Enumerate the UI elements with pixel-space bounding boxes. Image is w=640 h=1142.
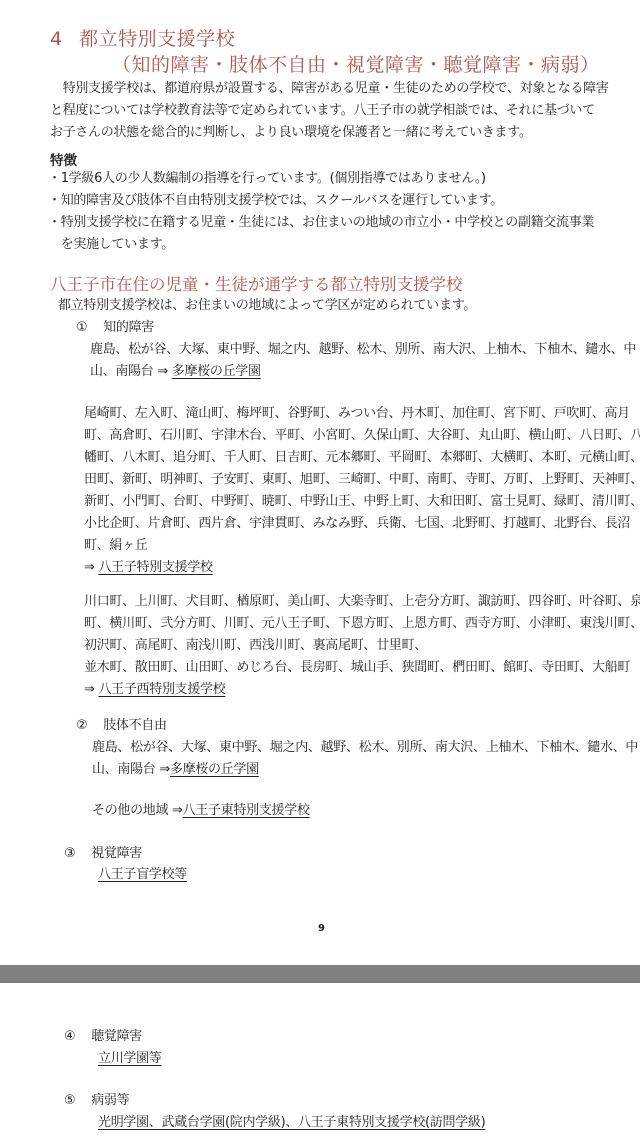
- page-separator: [0, 965, 640, 983]
- area-line: 尾崎町、左入町、滝山町、梅坪町、谷野町、みつい台、丹木町、加住町、宮下町、戸吹町…: [84, 403, 640, 425]
- category-marker: ①: [76, 320, 87, 335]
- schools-lead: 都立特別支援学校は、お住まいの地域によって学区が定められています。: [58, 295, 476, 317]
- category-label: 知的障害: [103, 320, 154, 335]
- physical-other: その他の地域 ⇒八王子東特別支援学校: [92, 800, 310, 822]
- area-line: 町、高倉町、石川町、宇津木台、平町、小宮町、久保山町、大谷町、丸山町、横山町、八…: [84, 425, 640, 447]
- category-intellectual: ① 知的障害: [76, 317, 154, 339]
- area-line: 川口町、上川町、犬目町、楢原町、美山町、大楽寺町、上壱分方町、諏訪町、四谷町、叶…: [84, 591, 640, 613]
- area-line: 並木町、散田町、山田町、めじろ台、長房町、城山手、狭間町、椚田町、館町、寺田町、…: [84, 657, 640, 679]
- area-line: 鹿島、松が谷、大塚、東中野、堀之内、越野、松木、別所、南大沢、上柚木、下柚木、鑓…: [90, 339, 636, 361]
- page-number: 9: [318, 923, 325, 934]
- category-marker: ③: [64, 846, 75, 861]
- category-label: 視覚障害: [91, 846, 142, 861]
- section-title: 都立特別支援学校: [79, 28, 235, 50]
- school-link-hachioji[interactable]: 八王子特別支援学校: [98, 560, 212, 575]
- intro-line: 特別支援学校は、都道府県が設置する、障害がある児童・生徒のための学校で、対象とな…: [50, 78, 609, 100]
- area-line: 幡町、八木町、追分町、千人町、日吉町、元本郷町、平岡町、本郷町、大横町、本町、元…: [84, 447, 640, 469]
- intro-line: お子さんの状態を総合的に判断し、より良い環境を保護者と一緒に考えていきます。: [50, 122, 609, 144]
- intellectual-group-1: 鹿島、松が谷、大塚、東中野、堀之内、越野、松木、別所、南大沢、上柚木、下柚木、鑓…: [90, 339, 636, 383]
- area-line: 新町、小門町、台町、中野町、暁町、中野山王、中野上町、大和田町、富士見町、緑町、…: [84, 491, 640, 513]
- school-link-hachioji-blind[interactable]: 八王子盲学校等: [98, 867, 187, 882]
- category-label: 聴覚障害: [91, 1029, 142, 1044]
- area-line: 山、南陽台 ⇒: [92, 762, 170, 777]
- school-link-hachioji-nishi[interactable]: 八王子西特別支援学校: [98, 682, 225, 697]
- intro-line: と程度については学校教育法等で定められています。八王子市の就学相談では、それに基…: [50, 100, 609, 122]
- category-marker: ④: [64, 1029, 75, 1044]
- physical-areas: 鹿島、松が谷、大塚、東中野、堀之内、越野、松木、別所、南大沢、上柚木、下柚木、鑓…: [92, 737, 638, 781]
- area-line: 町、絹ヶ丘: [84, 535, 640, 557]
- category-sickness: ⑤ 病弱等: [64, 1090, 129, 1112]
- area-line: 初沢町、高尾町、南浅川町、西浅川町、裏高尾町、廿里町、: [84, 635, 640, 657]
- other-area-label: その他の地域 ⇒: [92, 803, 183, 818]
- area-line: 鹿島、松が谷、大塚、東中野、堀之内、越野、松木、別所、南大沢、上柚木、下柚木、鑓…: [92, 737, 638, 759]
- intellectual-group-2: 尾崎町、左入町、滝山町、梅坪町、谷野町、みつい台、丹木町、加住町、宮下町、戸吹町…: [84, 403, 640, 579]
- section-number: 4: [50, 28, 63, 50]
- area-line: 山、南陽台 ⇒: [90, 364, 172, 379]
- category-label: 病弱等: [91, 1093, 129, 1108]
- area-line: 町、横川町、弐分方町、川町、元八王子町、下恩方町、上恩方町、西寺方町、小津町、東…: [84, 613, 640, 635]
- area-line: 小比企町、片倉町、西片倉、宇津貫町、みなみ野、兵衛、七国、北野町、打越町、北野台…: [84, 513, 640, 535]
- school-link-komei-musashidai[interactable]: 光明学園、武蔵台学園(院内学級)、八王子東特別支援学校(訪問学級): [98, 1115, 485, 1130]
- section-subtitle: （知的障害・肢体不自由・視覚障害・聴覚障害・病弱）: [112, 50, 600, 77]
- category-marker: ②: [76, 718, 87, 733]
- school-link-tachikawa[interactable]: 立川学園等: [98, 1051, 162, 1066]
- schools-heading: 八王子市在住の児童・生徒が通学する都立特別支援学校: [50, 271, 463, 295]
- category-visual: ③ 視覚障害: [64, 843, 142, 865]
- feature-item: ・特別支援学校に在籍する児童・生徒には、お住まいの地域の市立小・中学校との副籍交…: [48, 212, 594, 234]
- category-hearing: ④ 聴覚障害: [64, 1026, 142, 1048]
- feature-item: ・1学級6人の少人数編制の指導を行っています。(個別指導ではありません。): [48, 168, 594, 190]
- arrow-icon: ⇒: [84, 682, 98, 697]
- section-heading: 4 都立特別支援学校: [50, 24, 235, 51]
- feature-item: を実施しています。: [48, 234, 594, 256]
- hearing-school: 立川学園等: [98, 1048, 162, 1070]
- sickness-schools: 光明学園、武蔵台学園(院内学級)、八王子東特別支援学校(訪問学級): [98, 1112, 485, 1134]
- intellectual-group-3: 川口町、上川町、犬目町、楢原町、美山町、大楽寺町、上壱分方町、諏訪町、四谷町、叶…: [84, 591, 640, 701]
- category-physical: ② 肢体不自由: [76, 715, 167, 737]
- area-line: 田町、新町、明神町、子安町、東町、旭町、三崎町、中町、南町、寺町、万町、上野町、…: [84, 469, 640, 491]
- school-link-tama-sakuranooka[interactable]: 多摩桜の丘学園: [172, 364, 261, 379]
- category-marker: ⑤: [64, 1093, 75, 1108]
- intro-paragraph: 特別支援学校は、都道府県が設置する、障害がある児童・生徒のための学校で、対象とな…: [50, 78, 609, 144]
- arrow-icon: ⇒: [84, 560, 98, 575]
- features-title: 特徴: [50, 149, 77, 169]
- school-link-tama-sakuranooka-2[interactable]: 多摩桜の丘学園: [170, 762, 259, 777]
- category-label: 肢体不自由: [103, 718, 167, 733]
- features-list: ・1学級6人の少人数編制の指導を行っています。(個別指導ではありません。) ・知…: [48, 168, 594, 256]
- school-link-hachioji-higashi[interactable]: 八王子東特別支援学校: [183, 803, 310, 818]
- visual-school: 八王子盲学校等: [98, 864, 187, 886]
- feature-item: ・知的障害及び肢体不自由特別支援学校では、スクールバスを運行しています。: [48, 190, 594, 212]
